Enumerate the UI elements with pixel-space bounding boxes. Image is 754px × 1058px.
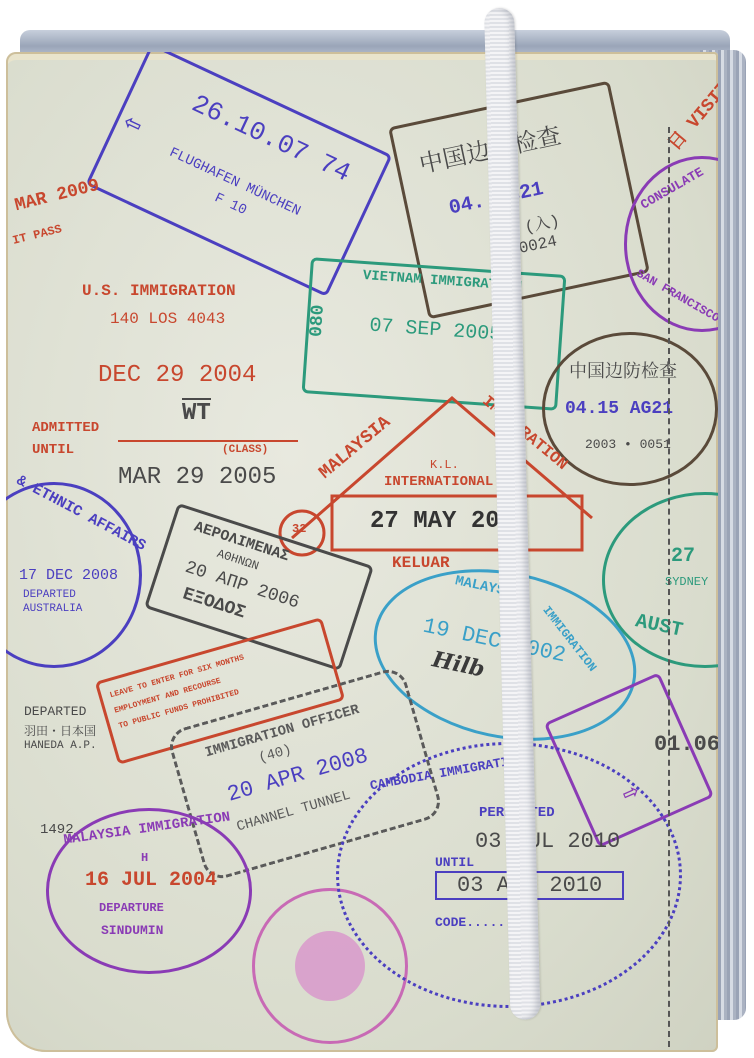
stamp-uk-number: (40): [257, 742, 294, 767]
stamp-australia-dept-status: DEPARTED: [23, 589, 76, 601]
stamp-malaysia-dep-place: SINDUMIN: [101, 923, 163, 938]
stamp-us-class: WT: [182, 398, 211, 427]
stamp-consulate-text: CONSULATE: [638, 164, 706, 212]
stamp-us-date: DEC 29 2004: [98, 362, 256, 389]
stamp-malaysia-dep: MALAYSIA IMMIGRATION H 16 JUL 2004 DEPAR…: [46, 808, 252, 974]
stamp-malaysia-dep-title: MALAYSIA IMMIGRATION: [63, 809, 232, 848]
stamp-consulate-city: SAN FRANCISCO: [634, 267, 718, 326]
stamp-malaysia-kl-exit: KELUAR: [392, 554, 450, 572]
stamp-cambodia-until: UNTIL: [435, 855, 474, 870]
stamp-australia-dept: & ETHNIC AFFAIRS 17 DEC 2008 DEPARTED AU…: [6, 482, 142, 668]
stamp-malaysia-dep-mark: H: [141, 851, 148, 865]
stamp-us-admitted: ADMITTED: [32, 420, 99, 436]
stamp-australia-date: 27: [671, 545, 695, 568]
stamp-china-number: 0024: [517, 232, 558, 258]
stamp-china-pink-emblem-icon: [295, 931, 365, 1001]
stamp-malaysia-dep-date: 16 JUL 2004: [85, 869, 217, 892]
stamp-us-code: 140 LOS 4043: [110, 310, 225, 328]
stamp-australia-country: AUST: [633, 610, 685, 642]
stamp-australia-dept-date: 17 DEC 2008: [19, 567, 118, 584]
stamp-corner-date: MAR 2009: [13, 176, 102, 216]
stamp-corner-text: IT PASS: [11, 222, 63, 248]
stamp-malaysia-dep-status: DEPARTURE: [99, 901, 164, 915]
stamp-consulate: CONSULATE SAN FRANCISCO: [624, 156, 718, 332]
stamp-malaysia-kl-airport: INTERNATIONAL: [384, 474, 493, 490]
stamp-us-class-label: (CLASS): [222, 444, 268, 456]
stamp-malaysia-kl-badge: 32: [292, 522, 306, 536]
stamp-japan-departed-status: DEPARTED: [24, 704, 86, 719]
stamp-us-until-date: MAR 29 2005: [118, 464, 276, 491]
stamp-australia-dept-country: AUSTRALIA: [23, 603, 82, 615]
stamp-munich-arrow-icon: ⇦: [118, 104, 148, 143]
stamp-us-line: [118, 440, 298, 442]
passport-cover: ⇦ 26.10.07 74 FLUGHAFEN MÜNCHEN F 10 MAR…: [6, 52, 718, 1052]
stamp-malaysia-kl: MALAYSIA IMMIGRATION K.L. INTERNATIONAL …: [272, 378, 602, 568]
stamp-vietnam-date: 07 SEP 2005: [369, 315, 502, 347]
cover-stitching: [668, 127, 670, 1047]
stamp-us-until: UNTIL: [32, 442, 74, 458]
stamp-cambodia-date: 03 JUL 2010: [475, 829, 620, 854]
stamp-us-title: U.S. IMMIGRATION: [82, 282, 236, 300]
stamp-japan-departed-code: HANEDA A.P.: [24, 740, 97, 752]
stamp-china-mark: (入): [522, 207, 561, 237]
stamp-malaysia-kl-city: K.L.: [430, 458, 459, 472]
stamp-japan-departed-airport: 羽田・日本国: [24, 722, 96, 739]
stamp-cambodia-code: CODE......: [435, 915, 513, 930]
stamp-vietnam-side: 080: [307, 304, 329, 338]
stamp-australia-city: SYDNEY: [665, 575, 708, 589]
stamp-malaysia-oval-signature: Hilb: [430, 646, 487, 682]
